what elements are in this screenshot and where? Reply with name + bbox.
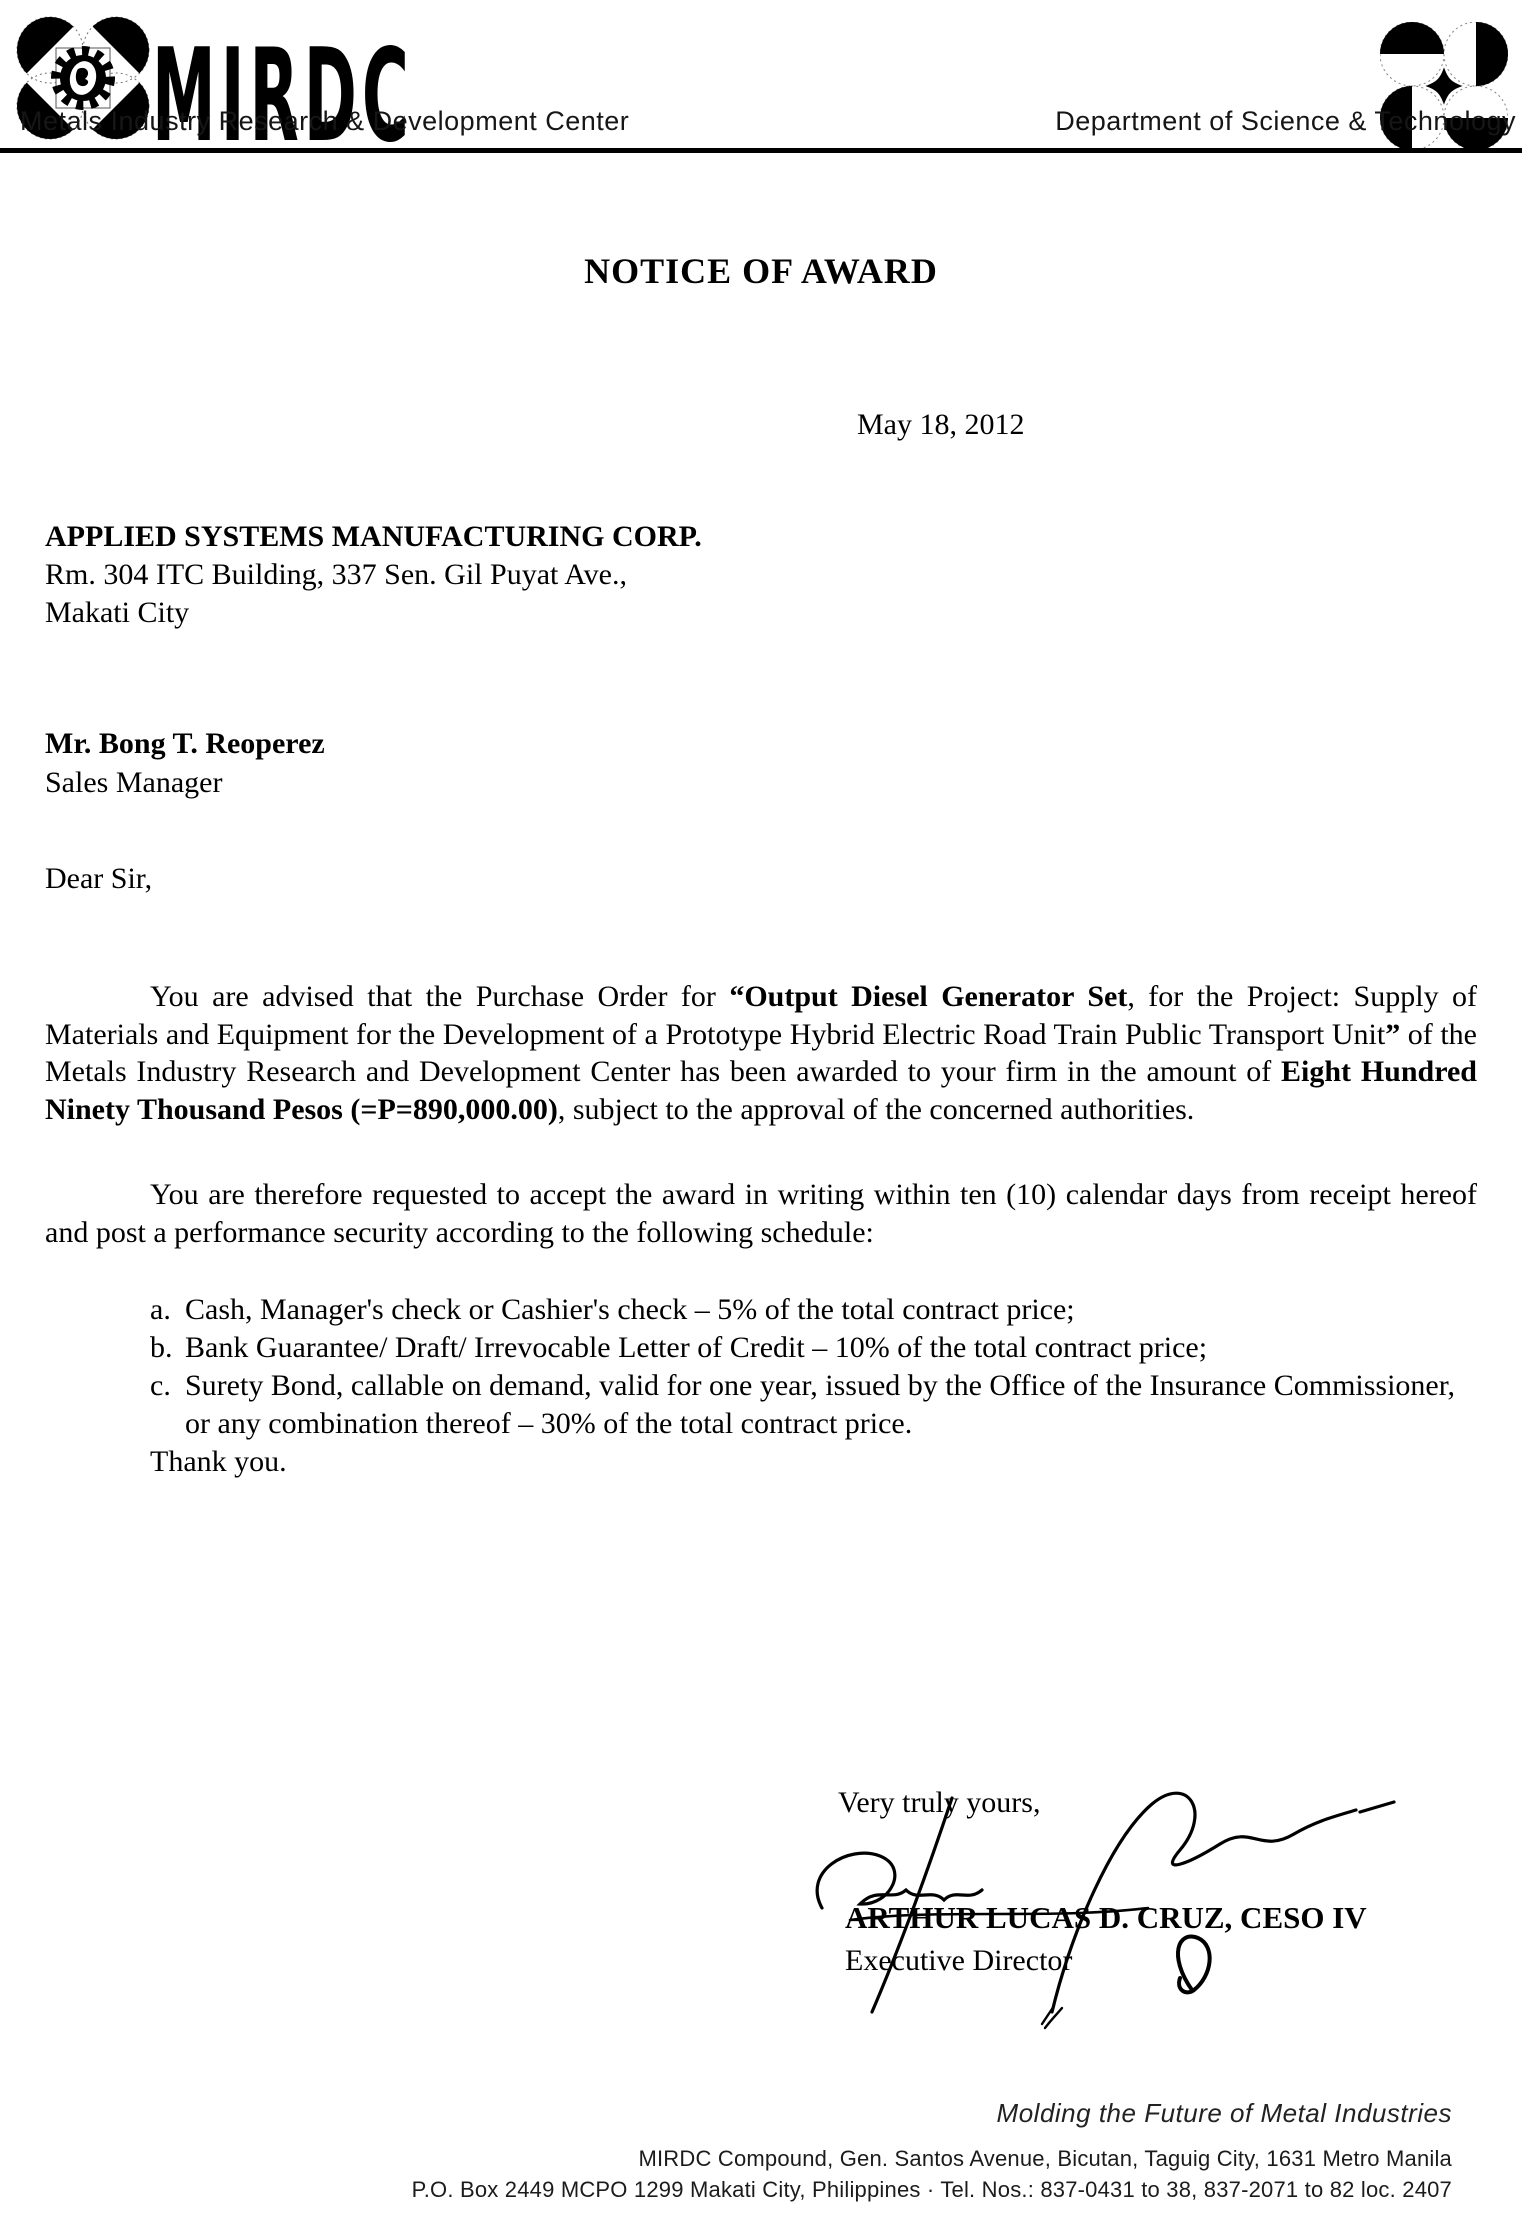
letter-body: You are advised that the Purchase Order … [45,978,1477,1481]
schedule-item-b-label: b. [150,1329,185,1367]
subject-to-approval-text: , subject to the approval of the concern… [558,1093,1194,1126]
recipient-address-line2: Makati City [45,594,702,632]
schedule-item-c: c.Surety Bond, callable on demand, valid… [185,1367,1477,1443]
schedule-item-a-text: Cash, Manager's check or Cashier's check… [185,1293,1075,1326]
recipient-contact-block: Mr. Bong T. Reoperez Sales Manager [45,724,325,802]
header-right-tagline: Department of Science & Technology [1055,106,1516,137]
footer-address-line1: MIRDC Compound, Gen. Santos Avenue, Bicu… [412,2143,1452,2174]
schedule-item-c-text: Surety Bond, callable on demand, valid f… [185,1369,1455,1440]
recipient-contact-title: Sales Manager [45,763,325,802]
award-item-name: “Output Diesel Generator Set [729,980,1127,1013]
header-left-tagline: Metals Industry Research & Development C… [20,106,629,137]
schedule-item-c-label: c. [150,1367,185,1405]
page-title: NOTICE OF AWARD [0,250,1522,292]
performance-security-schedule: a.Cash, Manager's check or Cashier's che… [45,1291,1477,1443]
closing-thanks: Thank you. [45,1443,1477,1481]
schedule-item-a-label: a. [150,1291,185,1329]
paragraph-award: You are advised that the Purchase Order … [45,978,1477,1128]
recipient-address-block: APPLIED SYSTEMS MANUFACTURING CORP. Rm. … [45,518,702,632]
recipient-company: APPLIED SYSTEMS MANUFACTURING CORP. [45,518,702,556]
recipient-address-line1: Rm. 304 ITC Building, 337 Sen. Gil Puyat… [45,556,702,594]
closing-quote: ” [1385,1018,1400,1051]
signatory-name: ARTHUR LUCAS D. CRUZ, CESO IV [845,1900,1367,1936]
date-line: May 18, 2012 [857,408,1025,442]
footer-address-line2: P.O. Box 2449 MCPO 1299 Makati City, Phi… [412,2174,1452,2205]
recipient-contact-name: Mr. Bong T. Reoperez [45,724,325,763]
schedule-item-b: b.Bank Guarantee/ Draft/ Irrevocable Let… [185,1329,1477,1367]
paragraph-instructions: You are therefore requested to accept th… [45,1176,1477,1251]
valediction: Very truly yours, [838,1786,1040,1820]
schedule-item-b-text: Bank Guarantee/ Draft/ Irrevocable Lette… [185,1331,1207,1364]
paragraph-award-text: You are advised that the Purchase Order … [150,980,729,1013]
signatory-title: Executive Director [845,1944,1072,1978]
letter-page: MIRDC Metals Industry Research & Develop… [0,0,1522,2221]
schedule-item-a: a.Cash, Manager's check or Cashier's che… [185,1291,1477,1329]
header-divider [0,148,1522,153]
footer-block: Molding the Future of Metal Industries M… [412,2098,1452,2205]
footer-slogan: Molding the Future of Metal Industries [412,2098,1452,2129]
salutation: Dear Sir, [45,862,152,896]
